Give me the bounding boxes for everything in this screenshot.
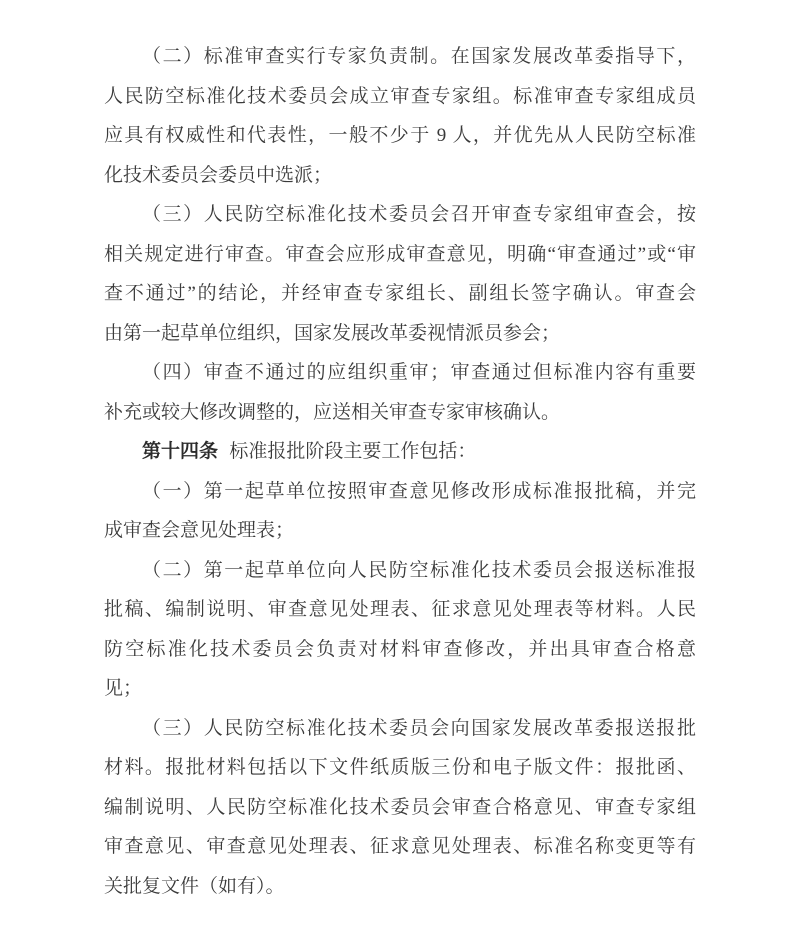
- paragraph: （一）第一起草单位按照审查意见修改形成标准报批稿，并完成审查会意见处理表；: [104, 472, 696, 551]
- text-line: 材料。报批材料包括以下文件纸质版三份和电子版文件：报批函、: [104, 748, 696, 788]
- text-line: 编制说明、人民防空标准化技术委员会审查合格意见、审查专家组: [104, 788, 696, 828]
- paragraph: （二）第一起草单位向人民防空标准化技术委员会报送标准报批稿、编制说明、审查意见处…: [104, 551, 696, 709]
- text-line: 防空标准化技术委员会负责对材料审查修改，并出具审查合格意: [104, 630, 696, 670]
- paragraph: 第十四条标准报批阶段主要工作包括：: [104, 432, 696, 472]
- article-number: 第十四条: [142, 441, 218, 462]
- text-line: （一）第一起草单位按照审查意见修改形成标准报批稿，并完: [104, 472, 696, 512]
- text-line: 关批复文件（如有）。: [104, 867, 696, 907]
- text-line: 见；: [104, 669, 696, 709]
- paragraph: （二）标准审查实行专家负责制。在国家发展改革委指导下，人民防空标准化技术委员会成…: [104, 37, 696, 195]
- text-line: 补充或较大修改调整的，应送相关审查专家审核确认。: [104, 393, 696, 433]
- paragraph: （四）审查不通过的应组织重审；审查通过但标准内容有重要补充或较大修改调整的，应送…: [104, 353, 696, 432]
- paragraph: （三）人民防空标准化技术委员会召开审查专家组审查会，按相关规定进行审查。审查会应…: [104, 195, 696, 353]
- text-line: 查不通过”的结论，并经审查专家组长、副组长签字确认。审查会: [104, 274, 696, 314]
- text-line: （三）人民防空标准化技术委员会向国家发展改革委报送报批: [104, 709, 696, 749]
- text-line: （三）人民防空标准化技术委员会召开审查专家组审查会，按: [104, 195, 696, 235]
- document-page: （二）标准审查实行专家负责制。在国家发展改革委指导下，人民防空标准化技术委员会成…: [0, 0, 798, 928]
- text-line: 相关规定进行审查。审查会应形成审查意见，明确“审查通过”或“审: [104, 235, 696, 275]
- text-line: （二）第一起草单位向人民防空标准化技术委员会报送标准报: [104, 551, 696, 591]
- article-title-text: 标准报批阶段主要工作包括：: [229, 441, 476, 462]
- paragraph: （三）人民防空标准化技术委员会向国家发展改革委报送报批材料。报批材料包括以下文件…: [104, 709, 696, 907]
- screenshot-root: { "colors": { "page_background": "#fffff…: [0, 0, 798, 928]
- text-line: 批稿、编制说明、审查意见处理表、征求意见处理表等材料。人民: [104, 590, 696, 630]
- text-line: 由第一起草单位组织，国家发展改革委视情派员参会；: [104, 314, 696, 354]
- document-text-block: （二）标准审查实行专家负责制。在国家发展改革委指导下，人民防空标准化技术委员会成…: [104, 37, 696, 906]
- text-line: 审查意见、审查意见处理表、征求意见处理表、标准名称变更等有: [104, 827, 696, 867]
- text-line: 第十四条标准报批阶段主要工作包括：: [104, 432, 696, 472]
- text-line: 化技术委员会委员中选派；: [104, 156, 696, 196]
- text-line: 成审查会意见处理表；: [104, 511, 696, 551]
- text-line: 人民防空标准化技术委员会成立审查专家组。标准审查专家组成员: [104, 77, 696, 117]
- text-line: 应具有权威性和代表性，一般不少于 9 人，并优先从人民防空标准: [104, 116, 696, 156]
- text-line: （四）审查不通过的应组织重审；审查通过但标准内容有重要: [104, 353, 696, 393]
- text-line: （二）标准审查实行专家负责制。在国家发展改革委指导下，: [104, 37, 696, 77]
